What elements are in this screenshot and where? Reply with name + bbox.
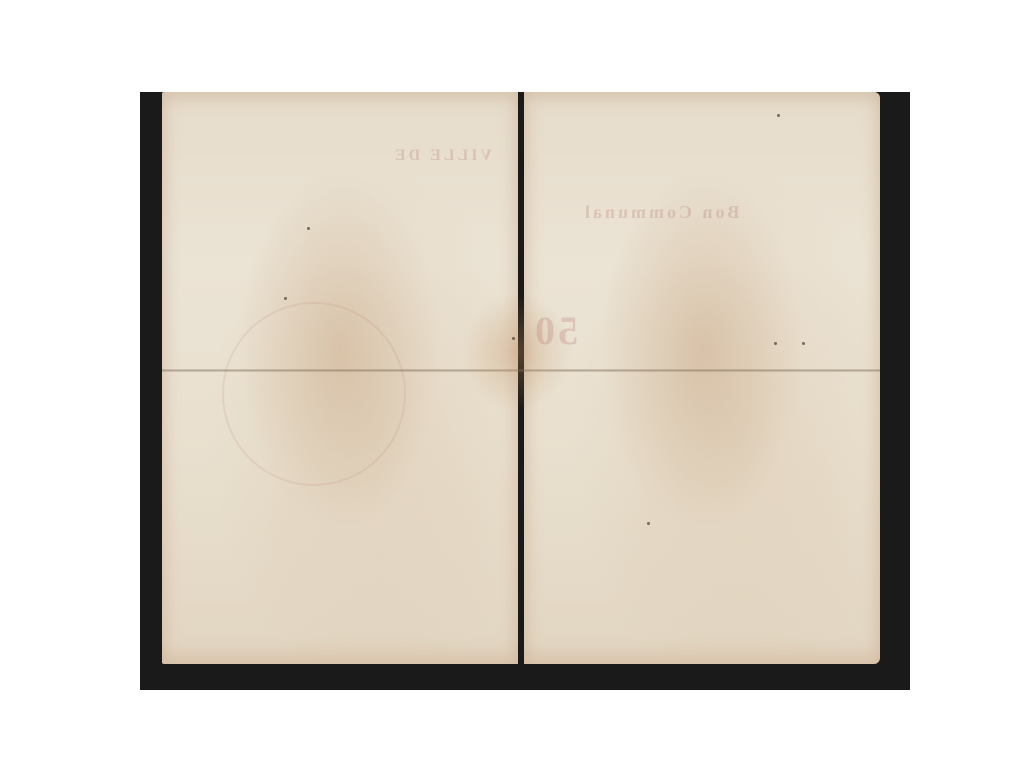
speck bbox=[284, 297, 287, 300]
banknote-right-panel bbox=[524, 92, 880, 664]
speck bbox=[802, 342, 805, 345]
show-through-value: 50 bbox=[532, 307, 578, 354]
speck bbox=[647, 522, 650, 525]
seal-show-through bbox=[222, 302, 406, 486]
show-through-title: VILLE DE bbox=[392, 147, 492, 165]
speck bbox=[774, 342, 777, 345]
speck bbox=[512, 337, 515, 340]
show-through-subtitle: Bon Communal bbox=[582, 202, 740, 223]
speck bbox=[777, 114, 780, 117]
banknote-photo: VILLE DE Bon Communal 50 bbox=[162, 92, 880, 664]
speck bbox=[307, 227, 310, 230]
